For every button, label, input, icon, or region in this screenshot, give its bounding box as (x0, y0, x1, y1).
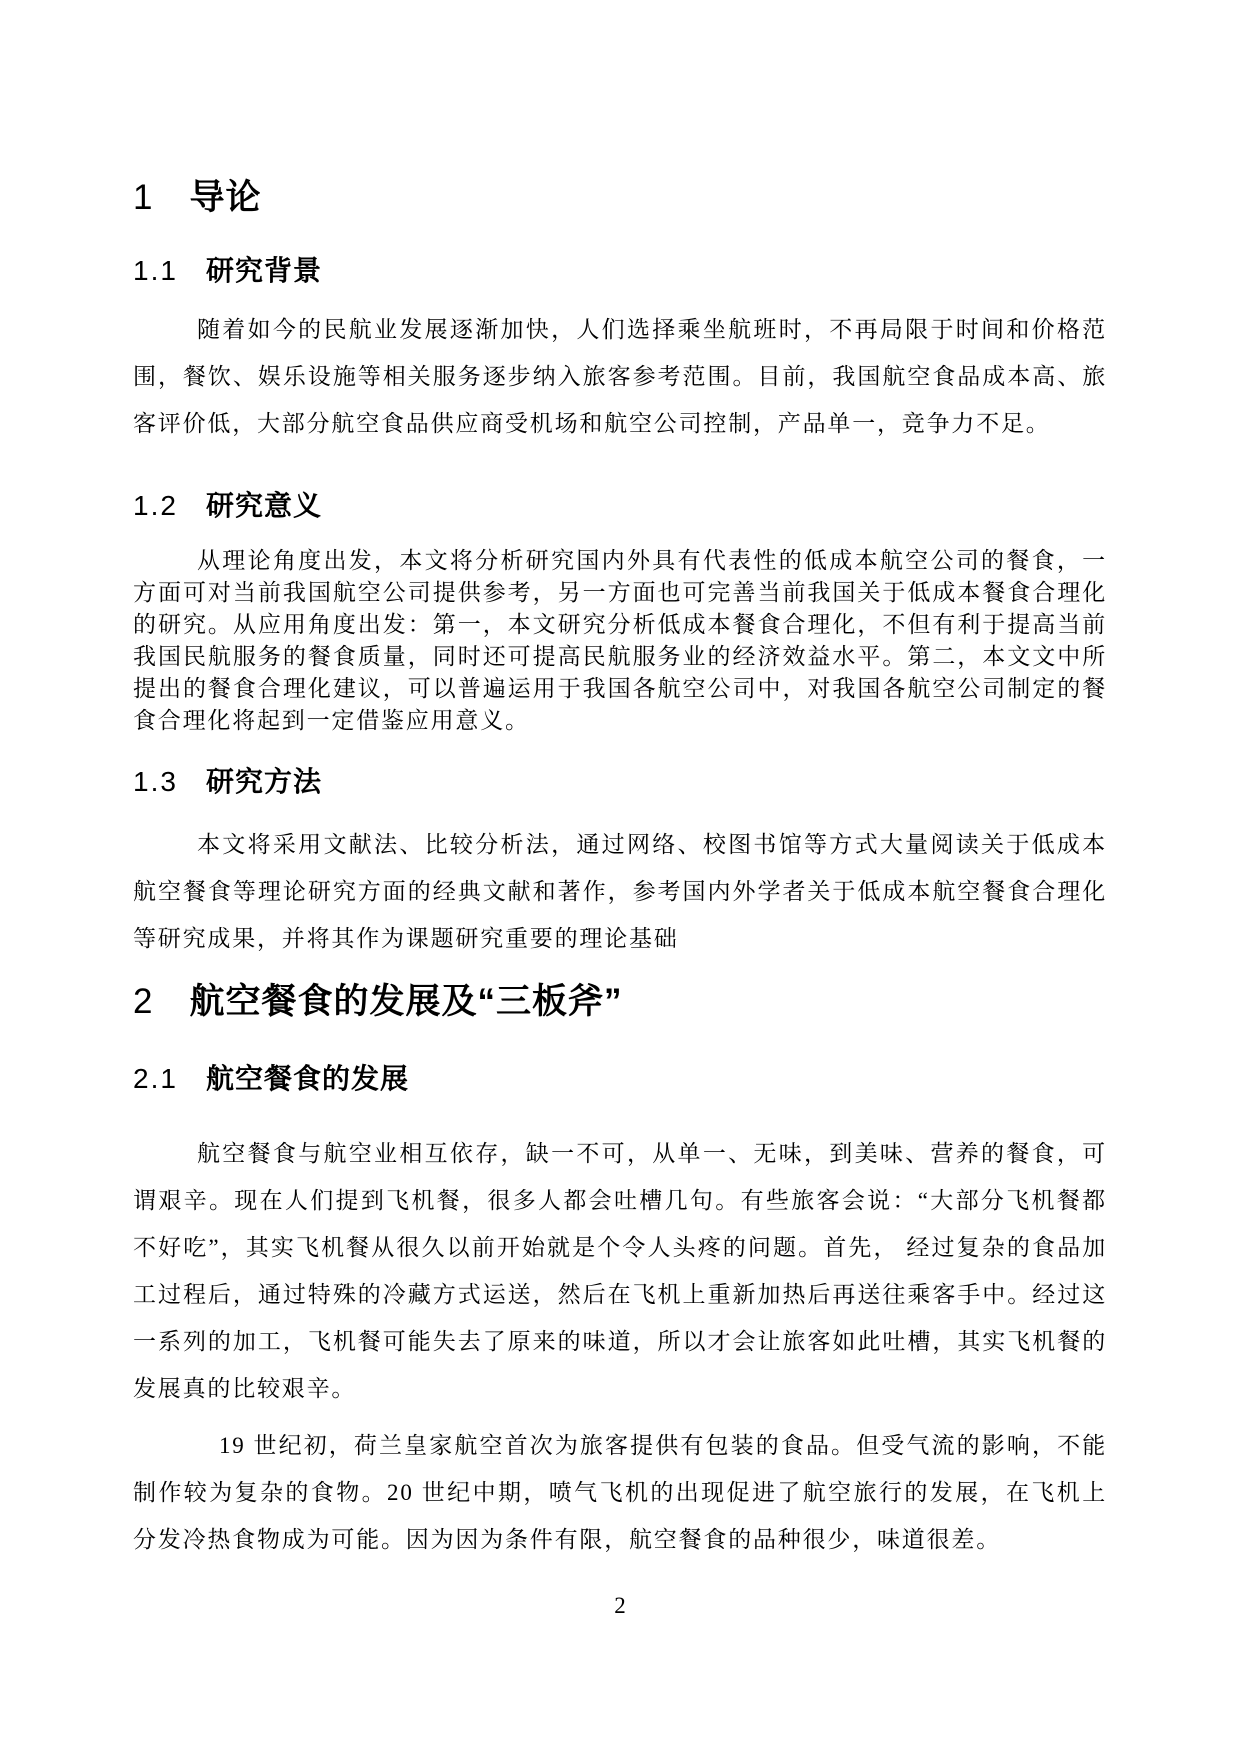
chapter-1-title: 导论 (189, 178, 261, 217)
chapter-1-number: 1 (133, 178, 153, 217)
section-1-2-number: 1.2 (133, 490, 178, 521)
section-1-3-number: 1.3 (133, 766, 178, 797)
paragraph-research-methods: 本文将采用文献法、比较分析法，通过网络、校图书馆等方式大量阅读关于低成本航空餐食… (133, 821, 1107, 962)
section-2-1-number: 2.1 (133, 1063, 178, 1094)
document-page: 1导论 1.1研究背景 随着如今的民航业发展逐渐加快，人们选择乘坐航班时，不再局… (0, 0, 1240, 1754)
section-2-1-title: 航空餐食的发展 (206, 1063, 409, 1094)
paragraph-research-significance: 从理论角度出发，本文将分析研究国内外具有代表性的低成本航空公司的餐食，一方面可对… (133, 545, 1107, 737)
paragraph-airline-catering-development-1: 航空餐食与航空业相互依存，缺一不可，从单一、无味，到美味、营养的餐食，可谓艰辛。… (133, 1130, 1107, 1412)
paragraph-airline-catering-development-2: 19 世纪初，荷兰皇家航空首次为旅客提供有包装的食品。但受气流的影响，不能制作较… (133, 1422, 1107, 1563)
paragraph-research-background: 随着如今的民航业发展逐渐加快，人们选择乘坐航班时，不再局限于时间和价格范围，餐饮… (133, 306, 1107, 447)
chapter-1-heading: 1导论 (133, 178, 1107, 218)
section-1-1-heading: 1.1研究背景 (133, 254, 1107, 288)
section-1-3-heading: 1.3研究方法 (133, 765, 1107, 799)
section-1-2-heading: 1.2研究意义 (133, 489, 1107, 523)
section-1-1-title: 研究背景 (206, 255, 322, 286)
section-1-1-number: 1.1 (133, 255, 178, 286)
section-2-1-heading: 2.1航空餐食的发展 (133, 1062, 1107, 1096)
chapter-2-title: 航空餐食的发展及“三板斧” (189, 982, 622, 1021)
section-1-2-title: 研究意义 (206, 490, 322, 521)
chapter-2-number: 2 (133, 982, 153, 1021)
page-number: 2 (133, 1591, 1107, 1621)
chapter-2-heading: 2航空餐食的发展及“三板斧” (133, 982, 1107, 1022)
section-1-3-title: 研究方法 (206, 766, 322, 797)
